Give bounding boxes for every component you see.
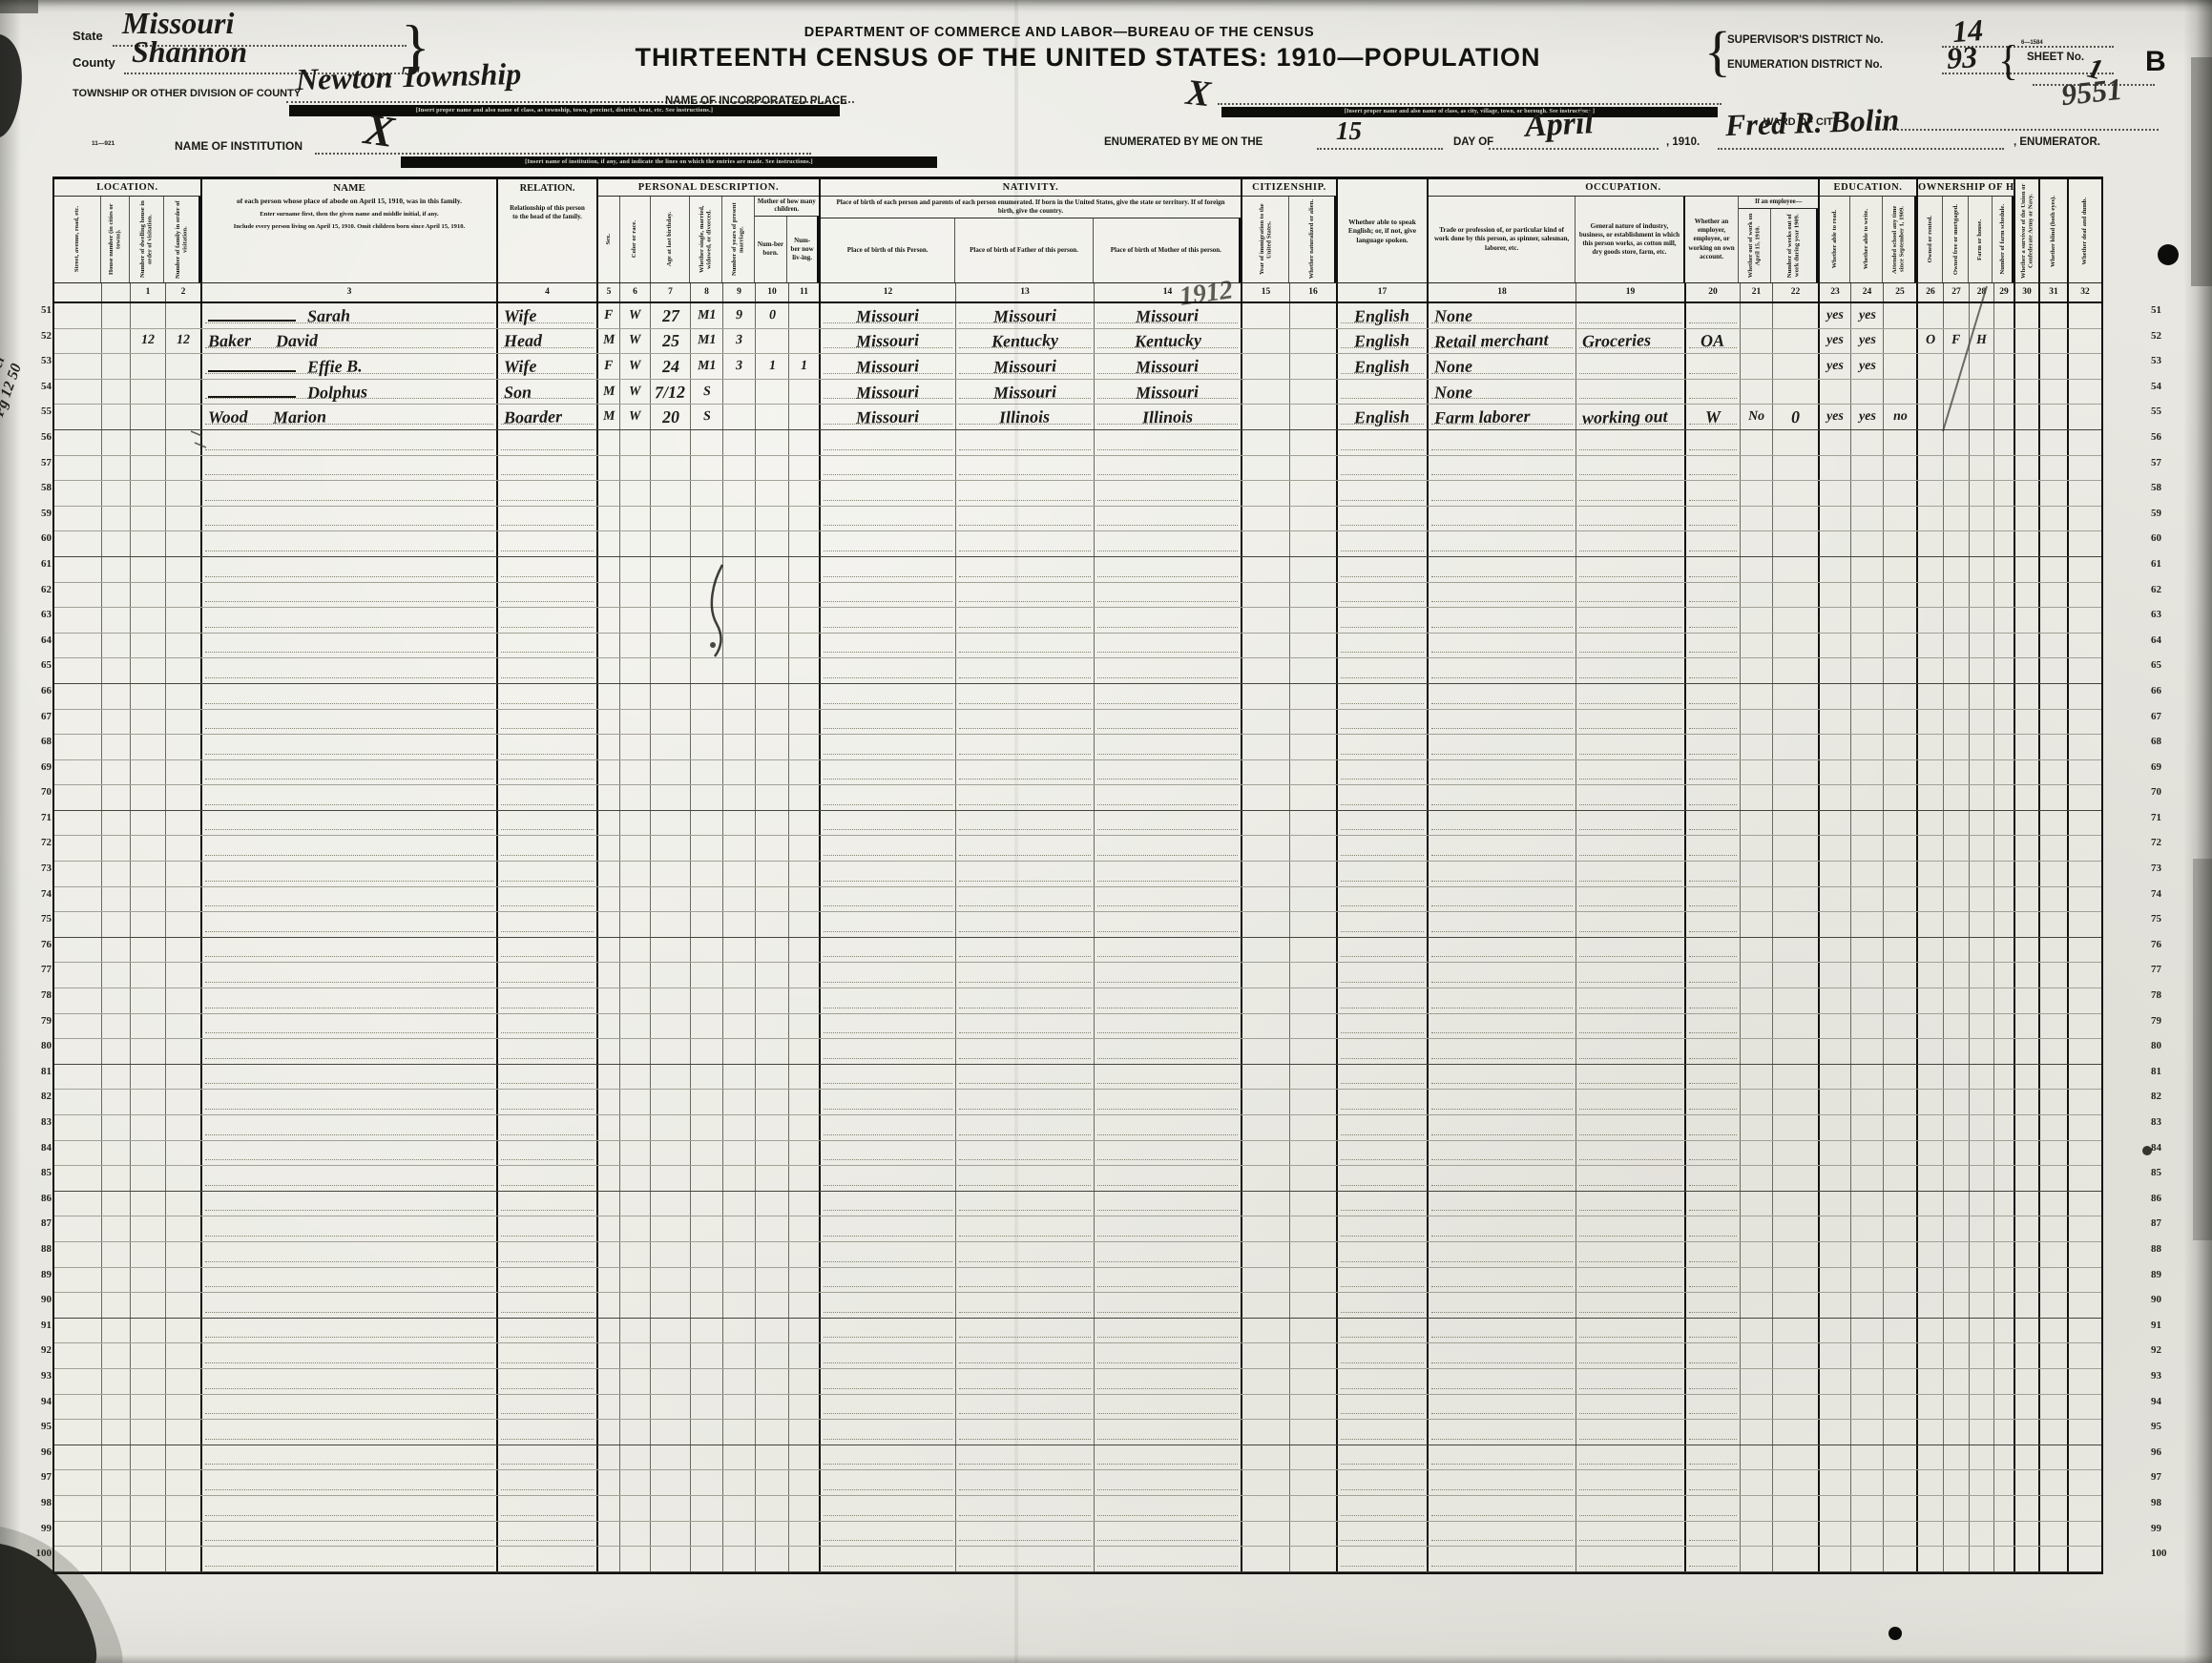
value-marital: M1 bbox=[698, 360, 717, 373]
value-read: yes bbox=[1826, 334, 1844, 347]
value-living: 1 bbox=[801, 360, 807, 373]
value-born: 1 bbox=[768, 360, 775, 373]
value-pobf: Illinois bbox=[999, 408, 1050, 426]
value-trade: Retail merchant bbox=[1434, 331, 1549, 350]
value-age: 7/12 bbox=[655, 383, 685, 401]
value-pobf: Missouri bbox=[993, 357, 1056, 375]
scan-artifacts bbox=[0, 0, 2212, 1663]
value-family: 12 bbox=[177, 334, 190, 347]
value-trade: None bbox=[1434, 358, 1472, 376]
surname: Wood bbox=[208, 408, 248, 426]
value-write: yes bbox=[1858, 309, 1875, 322]
value-owned: O bbox=[1926, 334, 1935, 347]
value-sex: F bbox=[604, 360, 614, 373]
value-marital: M1 bbox=[698, 334, 717, 347]
value-read: yes bbox=[1826, 360, 1844, 373]
value-pobm: Missouri bbox=[1136, 357, 1199, 375]
value-born: 0 bbox=[768, 309, 775, 322]
value-sex: F bbox=[604, 309, 614, 322]
value-farm: H bbox=[1976, 334, 1987, 347]
value-industry: working out bbox=[1582, 407, 1668, 426]
value-yrs: 3 bbox=[736, 334, 742, 347]
census-sheet-scan: State Missouri County Shannon } TOWNSHIP… bbox=[0, 0, 2212, 1663]
value-age: 24 bbox=[661, 358, 678, 375]
value-pob: Missouri bbox=[856, 407, 919, 426]
value-dwell: 12 bbox=[141, 334, 155, 347]
value-pobm: Missouri bbox=[1136, 306, 1199, 324]
value-pobf: Missouri bbox=[993, 383, 1056, 401]
value-pob: Missouri bbox=[856, 357, 919, 375]
surname: Baker bbox=[208, 332, 251, 350]
value-marital: S bbox=[702, 385, 710, 398]
value-trade: Farm laborer bbox=[1434, 407, 1531, 426]
value-yrs: 3 bbox=[736, 360, 742, 373]
value-relation: Son bbox=[504, 383, 532, 401]
value-pob: Missouri bbox=[856, 332, 919, 350]
given-name: Dolphus bbox=[307, 383, 367, 401]
value-english: English bbox=[1354, 408, 1409, 426]
value-write: yes bbox=[1858, 334, 1875, 347]
value-pobm: Missouri bbox=[1136, 383, 1199, 401]
value-sex: M bbox=[603, 385, 616, 398]
value-free: F bbox=[1951, 334, 1961, 347]
value-english: English bbox=[1354, 357, 1409, 375]
value-sex: M bbox=[603, 334, 616, 347]
value-read: yes bbox=[1826, 309, 1844, 322]
value-color: W bbox=[629, 334, 641, 347]
value-relation: Boarder bbox=[504, 408, 562, 426]
value-sex: M bbox=[603, 410, 616, 424]
value-relation: Wife bbox=[504, 306, 537, 324]
given-name: Marion bbox=[272, 408, 325, 426]
value-industry: Groceries bbox=[1582, 332, 1651, 351]
value-read: yes bbox=[1826, 410, 1844, 424]
value-yrs: 9 bbox=[736, 309, 742, 322]
value-trade: None bbox=[1434, 306, 1472, 324]
value-weeks: 0 bbox=[1791, 408, 1800, 426]
value-age: 20 bbox=[661, 408, 678, 426]
value-pobm: Illinois bbox=[1142, 408, 1193, 426]
cell-age: 7/12 bbox=[651, 380, 691, 405]
value-pobm: Kentucky bbox=[1134, 332, 1200, 350]
value-write: yes bbox=[1858, 410, 1875, 424]
value-color: W bbox=[629, 410, 641, 424]
value-pob: Missouri bbox=[856, 383, 919, 401]
value-emp: OA bbox=[1701, 332, 1724, 350]
value-write: yes bbox=[1858, 360, 1875, 373]
value-pob: Missouri bbox=[856, 306, 919, 324]
given-name: Sarah bbox=[307, 306, 350, 324]
value-marital: S bbox=[702, 410, 710, 424]
value-age: 25 bbox=[661, 332, 678, 349]
value-color: W bbox=[629, 360, 641, 373]
value-emp: W bbox=[1705, 408, 1721, 426]
value-out: No bbox=[1748, 410, 1764, 424]
value-school: no bbox=[1892, 410, 1907, 424]
value-english: English bbox=[1354, 332, 1409, 350]
given-name: David bbox=[276, 332, 318, 350]
value-marital: M1 bbox=[698, 309, 717, 322]
value-relation: Head bbox=[504, 332, 542, 350]
value-relation: Wife bbox=[504, 358, 537, 376]
value-english: English bbox=[1354, 306, 1409, 324]
value-color: W bbox=[629, 309, 641, 322]
value-age: 27 bbox=[661, 307, 678, 324]
value-pobf: Kentucky bbox=[991, 332, 1058, 350]
value-color: W bbox=[629, 385, 641, 398]
value-pobf: Missouri bbox=[993, 306, 1056, 324]
given-name: Effie B. bbox=[307, 357, 363, 375]
value-trade: None bbox=[1434, 383, 1472, 401]
